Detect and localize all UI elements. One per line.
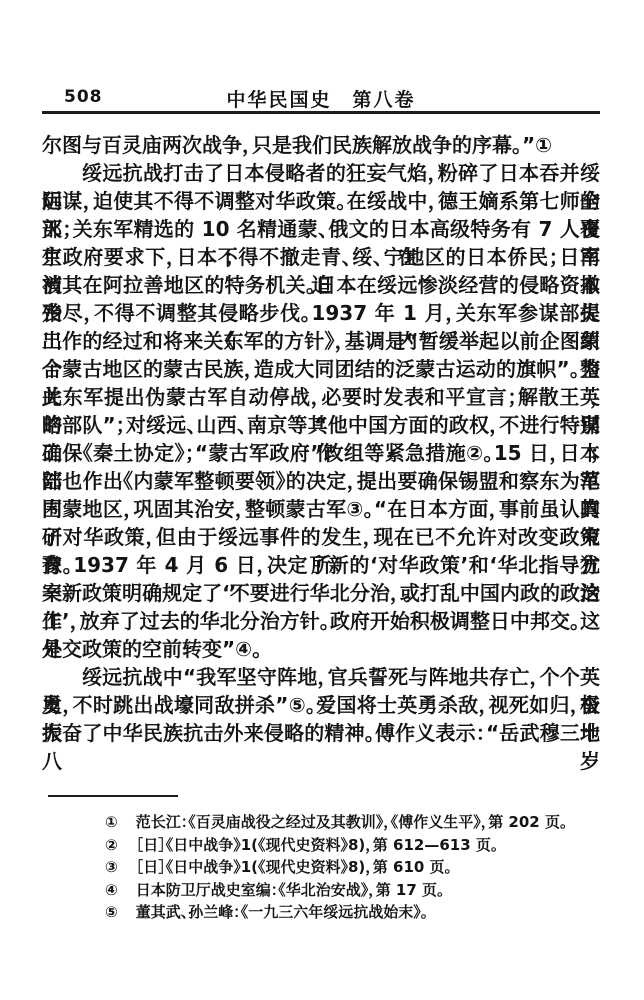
footnote-item: ②［日］《日中战争》1(《现代史资料》8)，第 612—613 页。 <box>42 834 614 857</box>
body-line: 绥远抗战中“我军坚守阵地，官兵誓死与阵地共存亡，个个英勇奋 <box>42 663 600 691</box>
footnotes: ①范长江：《百灵庙战役之经过及其教训》，《傅作义生平》，第 202 页。 ②［日… <box>42 811 614 924</box>
footnote-text: ［日］《日中战争》1(《现代史资料》8)，第 612—613 页。 <box>136 836 499 854</box>
body-line: 内蒙地区，巩固其治安，整顿蒙古军③。“在日本方面，事前虽认真研究 <box>42 495 600 523</box>
running-title: 中华民国史 第八卷 <box>42 85 600 112</box>
body-line: 阴谋，迫使其不得不调整对华政策。在绥战中，德王嫡系第七师全部覆 <box>42 187 600 215</box>
footnote-text: 范长江：《百灵庙战役之经过及其教训》，《傅作义生平》，第 202 页。 <box>136 813 568 831</box>
body-line: 振奋了中华民族抗击外来侵略的精神。傅作义表示：“岳武穆三十八岁 <box>42 719 600 747</box>
body-line: 部也作出《内蒙军整顿要领》的决定，提出要确保锡盟和察东为范围的 <box>42 467 600 495</box>
book-page: 508 中华民国史 第八卷 尔图与百灵庙两次战争，只是我们民族解放战争的序幕。”… <box>0 0 644 1000</box>
footnote-marker: ⑤ <box>105 901 118 924</box>
body-line: 一新政策明确规定了‘不要进行华北分治，或打乱中国内政的政治工 <box>42 579 600 607</box>
body-line: 工作的经过和将来关东军的方针》，基调是“暂缓举起以前企图纠合整 <box>42 327 600 355</box>
body-line: 略部队”；对绥远、山西、南京等其他中国方面的政权，不进行特别工作； <box>42 411 600 439</box>
body-line: 关东军提出伪蒙古军自动停战，必要时发表和平宣言；解散王英的“谋 <box>42 383 600 411</box>
body-text: 尔图与百灵庙两次战争，只是我们民族解放战争的序幕。”① 绥远抗战打击了日本侵略者… <box>42 131 600 747</box>
page-number: 508 <box>64 87 103 107</box>
footnote-marker: ③ <box>105 856 118 879</box>
body-line: 个蒙古地区的蒙古民族，造成大同团结的泛蒙古运动的旗帜”。为此， <box>42 355 600 383</box>
body-line: 京政府要求下，日本不得不撤走青、绥、宁地区的日本侨民；日军被迫撤 <box>42 243 600 271</box>
body-line: 了对华政策，但由于绥远事件的发生，现在已不允许对改变政策有所犹 <box>42 523 600 551</box>
body-line: 消其在阿拉善地区的特务机关。日本在绥远惨淡经营的侵略资本丧失 <box>42 271 600 299</box>
body-line: 豫。1937 年 4 月 6 日，决定了新的‘对华政策’和‘华北指导方案’。这 <box>42 551 600 579</box>
body-line: 殆尽，不得不调整其侵略步伐。1937 年 1 月，关东军参谋部提出《内蒙 <box>42 299 600 327</box>
footnote-item: ③［日］《日中战争》1(《现代史资料》8)，第 610 页。 <box>42 856 614 879</box>
footnote-text: 日本防卫厅战史室编：《华北治安战》，第 17 页。 <box>136 881 445 899</box>
body-line: 尔图与百灵庙两次战争，只是我们民族解放战争的序幕。”① <box>42 131 600 159</box>
footnote-text: ［日］《日中战争》1(《现代史资料》8)，第 610 页。 <box>136 858 452 876</box>
footnote-marker: ④ <box>105 879 118 902</box>
body-line: 发，不时跳出战壕同敌拼杀”⑤。爱国将士英勇杀敌，视死如归，极大地 <box>42 691 600 719</box>
footnote-item: ⑤董其武、孙兰峰：《一九三六年绥远抗战始末》。 <box>42 901 614 924</box>
running-header: 508 中华民国史 第八卷 <box>42 85 600 109</box>
footnote-marker: ② <box>105 834 118 857</box>
footnote-marker: ① <box>105 811 118 834</box>
body-line: 绥远抗战打击了日本侵略者的狂妄气焰，粉碎了日本吞并绥远的 <box>42 159 600 187</box>
footnote-item: ①范长江：《百灵庙战役之经过及其教训》，《傅作义生平》，第 202 页。 <box>42 811 614 834</box>
body-line: 作’，放弃了过去的华北分治方针。政府开始积极调整日中邦交。这是 <box>42 607 600 635</box>
footnote-text: 董其武、孙兰峰：《一九三六年绥远抗战始末》。 <box>136 903 429 921</box>
footnote-separator <box>48 795 178 797</box>
footnote-item: ④日本防卫厅战史室编：《华北治安战》，第 17 页。 <box>42 879 614 902</box>
body-line: 灭；关东军精选的 10 名精通蒙、俄文的日本高级特务有 7 人丧生；在南 <box>42 215 600 243</box>
header-rule <box>42 111 600 114</box>
body-line: 确保《秦土协定》；“蒙古军政府”改组等紧急措施②。15 日，日本陆军 <box>42 439 600 467</box>
body-line: 外交政策的空前转变”④。 <box>42 635 600 663</box>
